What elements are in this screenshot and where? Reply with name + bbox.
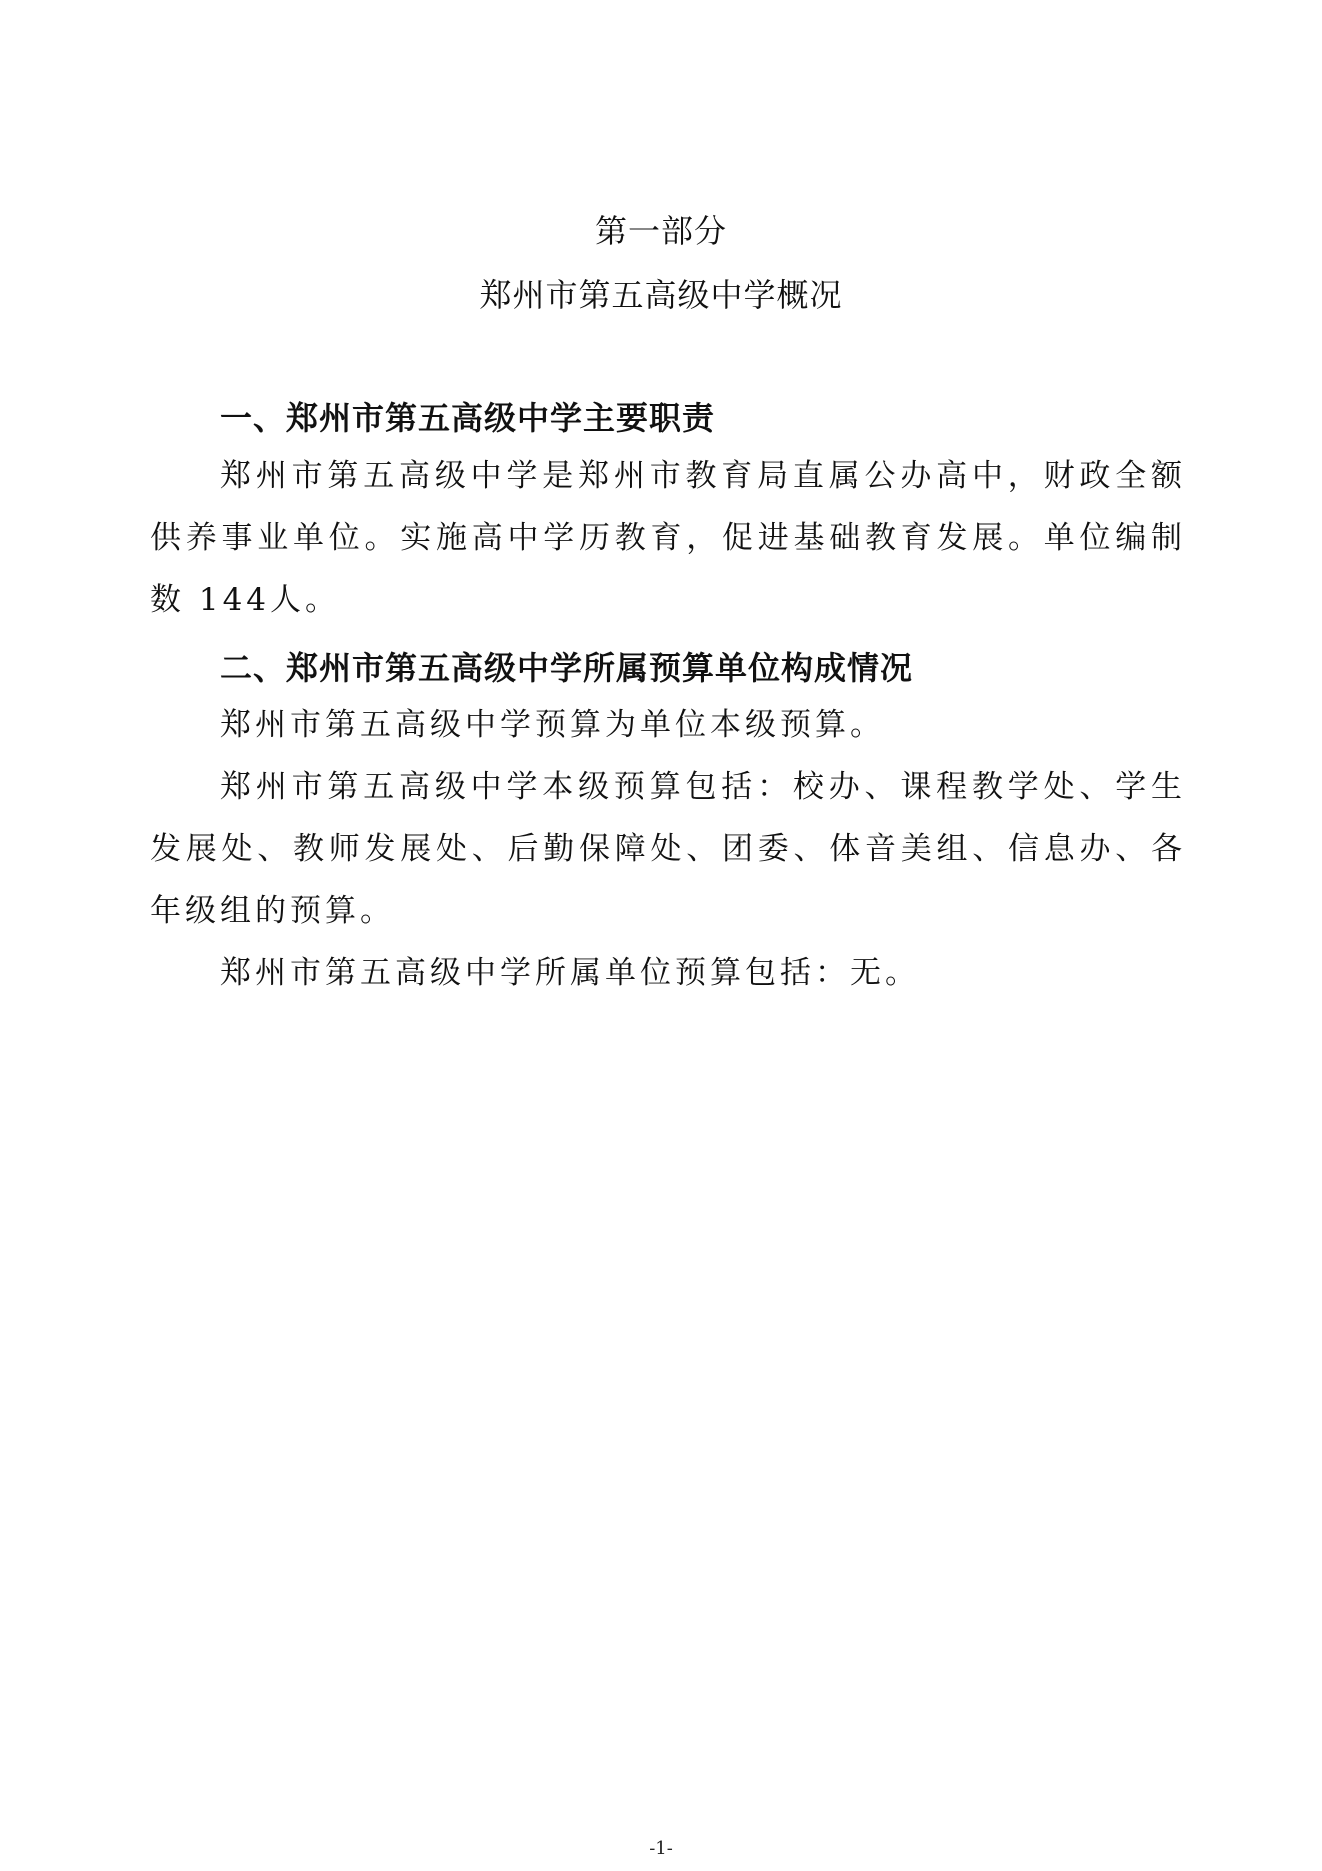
- paragraph-subordinate-units: 郑州市第五高级中学所属单位预算包括：无。: [150, 942, 1186, 1004]
- document-page: 第一部分 郑州市第五高级中学概况 一、郑州市第五高级中学主要职责 郑州市第五高级…: [0, 0, 1322, 1871]
- paragraph-budget-composition: 郑州市第五高级中学本级预算包括：校办、课程教学处、学生发展处、教师发展处、后勤保…: [150, 756, 1186, 942]
- page-number: -1-: [0, 1838, 1322, 1859]
- paragraph-budget-level: 郑州市第五高级中学预算为单位本级预算。: [150, 694, 1186, 756]
- part-title: 第一部分: [0, 206, 1322, 252]
- section-heading-duties: 一、郑州市第五高级中学主要职责: [220, 393, 715, 439]
- paragraph-duties: 郑州市第五高级中学是郑州市教育局直属公办高中，财政全额供养事业单位。实施高中学历…: [150, 445, 1186, 631]
- main-title: 郑州市第五高级中学概况: [0, 270, 1322, 316]
- section-heading-budget-units: 二、郑州市第五高级中学所属预算单位构成情况: [220, 643, 913, 689]
